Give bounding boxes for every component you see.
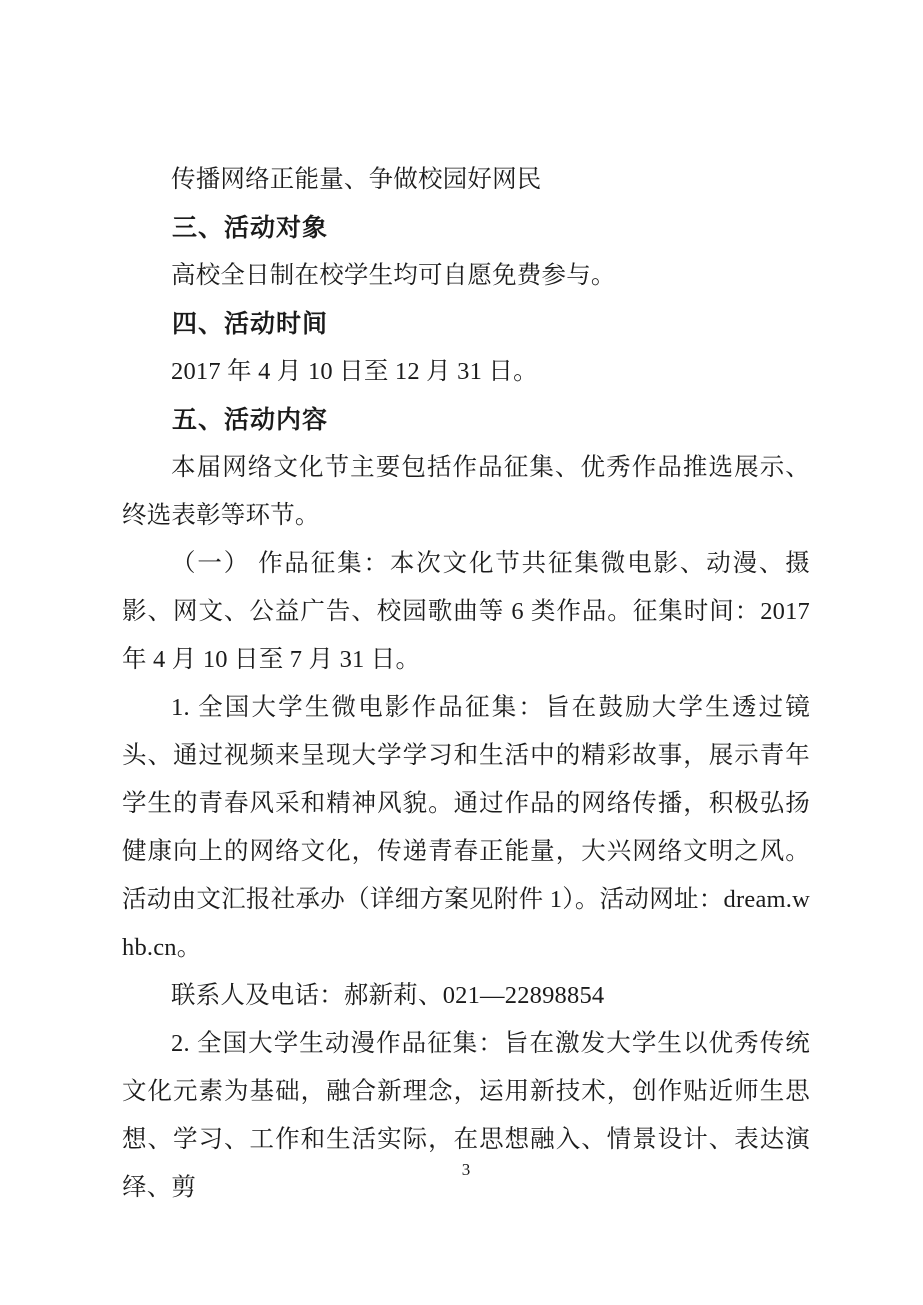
heading-section-5-content: 五、活动内容 [122,396,810,444]
line-festival-theme: 传播网络正能量、争做校园好网民 [122,156,810,204]
para-contact-info: 联系人及电话：郝新莉、021—22898854 [122,972,810,1020]
heading-section-4-time: 四、活动时间 [122,300,810,348]
para-work-collection: （一） 作品征集：本次文化节共征集微电影、动漫、摄影、网文、公益广告、校园歌曲等… [122,540,810,684]
heading-section-3-audience: 三、活动对象 [122,204,810,252]
para-audience: 高校全日制在校学生均可自愿免费参与。 [122,252,810,300]
document-page: 传播网络正能量、争做校园好网民 三、活动对象 高校全日制在校学生均可自愿免费参与… [0,0,923,1305]
page-number: 3 [122,1160,810,1180]
para-time: 2017 年 4 月 10 日至 12 月 31 日。 [122,348,810,396]
para-content-overview: 本届网络文化节主要包括作品征集、优秀作品推选展示、终选表彰等环节。 [122,444,810,540]
para-item-1-microfilm: 1. 全国大学生微电影作品征集：旨在鼓励大学生透过镜头、通过视频来呈现大学学习和… [122,684,810,972]
para-item-2-animation: 2. 全国大学生动漫作品征集：旨在激发大学生以优秀传统文化元素为基础，融合新理念… [122,1020,810,1212]
document-text-column: 传播网络正能量、争做校园好网民 三、活动对象 高校全日制在校学生均可自愿免费参与… [122,156,810,1212]
